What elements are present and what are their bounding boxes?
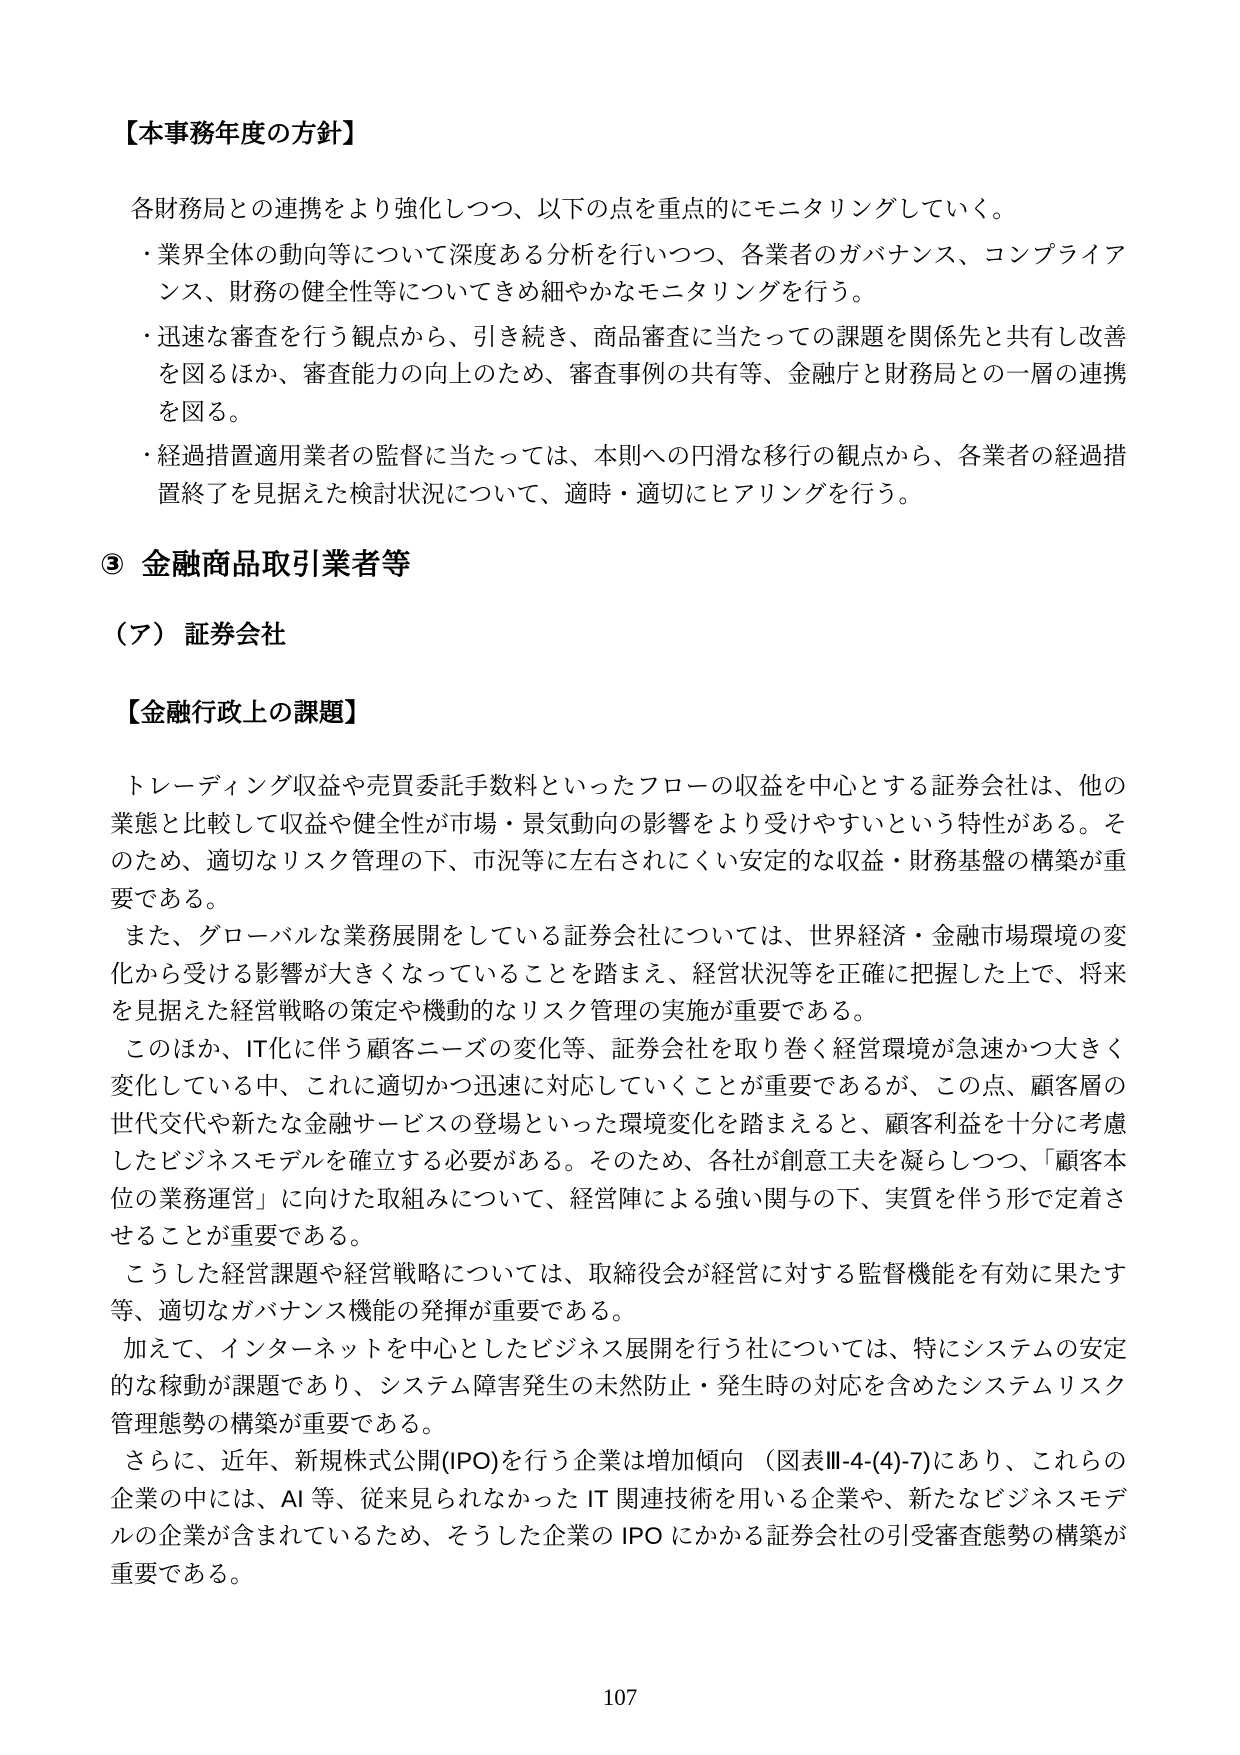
body-paragraph: このほか、IT化に伴う顧客ニーズの変化等、証券会社を取り巻く経営環境が急速かつ大… <box>110 1031 1127 1256</box>
bullet-marker: ・ <box>137 438 157 476</box>
page-number: 107 <box>0 1684 1240 1712</box>
body-paragraph: さらに、近年、新規株式公開(IPO)を行う企業は増加傾向 （図表Ⅲ-4-(4)-… <box>110 1443 1127 1593</box>
issues-body: トレーディング収益や売買委託手数料といったフローの収益を中心とする証券会社は、他… <box>110 768 1127 1593</box>
section-title: 金融商品取引業者等 <box>142 549 412 581</box>
bullet-item: ・ 業界全体の動向等について深度ある分析を行いつつ、各業者のガバナンス、コンプラ… <box>110 237 1127 312</box>
body-paragraph: 加えて、インターネットを中心としたビジネス展開を行う社については、特にシステムの… <box>110 1331 1127 1444</box>
section-heading-financial-instruments: ③金融商品取引業者等 <box>100 545 1127 585</box>
subsection-label: （ア） <box>102 621 179 649</box>
bullet-text: 経過措置適用業者の監督に当たっては、本則への円滑な移行の観点から、各業者の経過措… <box>157 438 1127 513</box>
body-paragraph: トレーディング収益や売買委託手数料といったフローの収益を中心とする証券会社は、他… <box>110 768 1127 918</box>
bullet-item: ・ 迅速な審査を行う観点から、引き続き、商品審査に当たっての課題を関係先と共有し… <box>110 319 1127 432</box>
subsection-heading-securities: （ア）証券会社 <box>102 617 1127 653</box>
subsection-title: 証券会社 <box>185 621 287 649</box>
bullet-item: ・ 経過措置適用業者の監督に当たっては、本則への円滑な移行の観点から、各業者の経… <box>110 438 1127 513</box>
section-number: ③ <box>100 549 126 581</box>
policy-year-heading: 【本事務年度の方針】 <box>113 116 1127 152</box>
bullet-marker: ・ <box>137 319 157 357</box>
bullet-text: 業界全体の動向等について深度ある分析を行いつつ、各業者のガバナンス、コンプライア… <box>157 237 1127 312</box>
issues-heading: 【金融行政上の課題】 <box>115 695 1127 731</box>
bullet-marker: ・ <box>137 237 157 275</box>
policy-bullet-list: ・ 業界全体の動向等について深度ある分析を行いつつ、各業者のガバナンス、コンプラ… <box>110 237 1127 514</box>
document-content: 【本事務年度の方針】 各財務局との連携をより強化しつつ、以下の点を重点的にモニタ… <box>0 0 1240 1593</box>
body-paragraph: こうした経営課題や経営戦略については、取締役会が経営に対する監督機能を有効に果た… <box>110 1256 1127 1331</box>
bullet-text: 迅速な審査を行う観点から、引き続き、商品審査に当たっての課題を関係先と共有し改善… <box>157 319 1127 432</box>
body-paragraph: また、グローバルな業務展開をしている証券会社については、世界経済・金融市場環境の… <box>110 918 1127 1031</box>
document-page: 【本事務年度の方針】 各財務局との連携をより強化しつつ、以下の点を重点的にモニタ… <box>0 0 1240 1755</box>
policy-intro-paragraph: 各財務局との連携をより強化しつつ、以下の点を重点的にモニタリングしていく。 <box>110 191 1127 229</box>
